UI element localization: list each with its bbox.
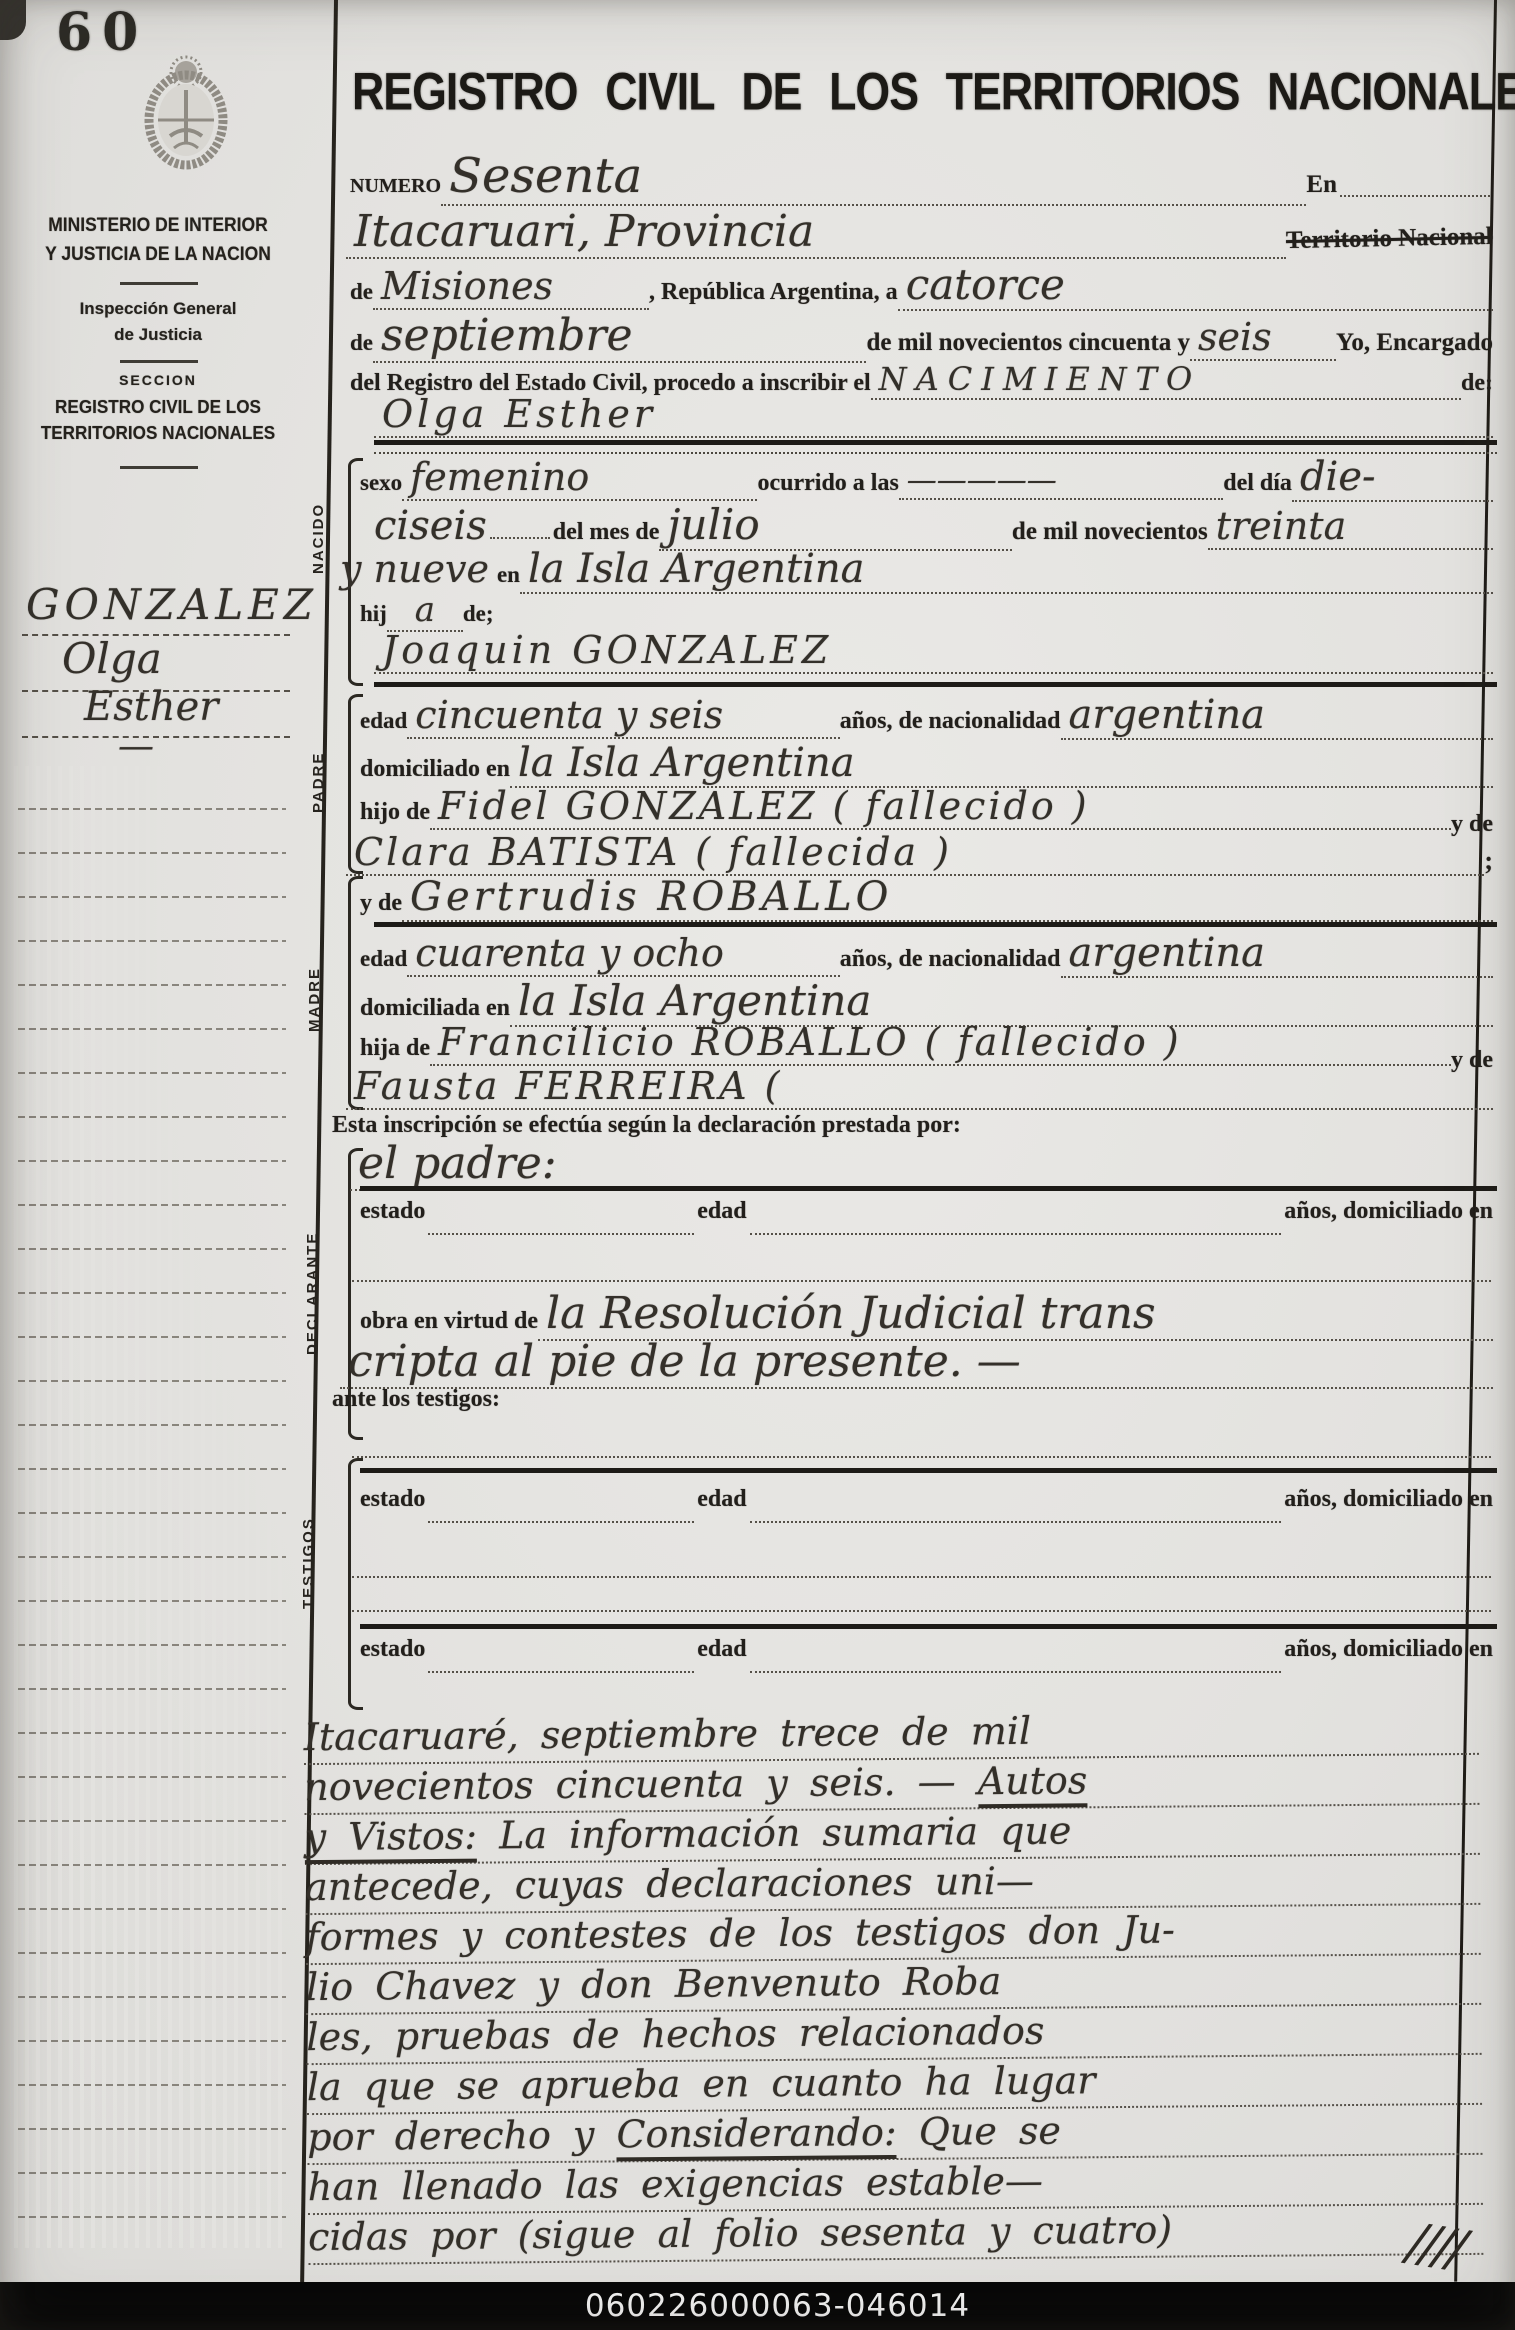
blank-dotted-line bbox=[352, 1610, 1491, 1612]
y-de-label: y de bbox=[360, 890, 402, 917]
numero-line: NUMERO Sesenta En bbox=[350, 148, 1493, 202]
nacido-section-label: NACIDO bbox=[310, 468, 327, 608]
hijo-de-label: hijo de bbox=[360, 799, 430, 826]
madre-nacionalidad-value: argentina bbox=[1069, 930, 1265, 976]
provincia-value: Misiones bbox=[381, 264, 553, 308]
form-title: REGISTRO CIVIL DE LOS TERRITORIOS NACION… bbox=[352, 60, 1515, 122]
place-line: Itacaruari, Provincia Territorio Naciona… bbox=[346, 206, 1493, 260]
hij-label: hij bbox=[360, 601, 387, 627]
dia-label: del día bbox=[1223, 470, 1292, 497]
ministry-line-2: Y JUSTICIA DE LA NACION bbox=[20, 241, 296, 270]
domicilio-label: domiciliada en bbox=[360, 995, 510, 1022]
madre-edad-value: cuarenta y ocho bbox=[415, 931, 724, 975]
padre-hijo-de-line: hijo de Fidel GONZALEZ ( fallecido ) y d… bbox=[360, 784, 1493, 826]
anio-value-b: y nueve bbox=[340, 547, 489, 591]
madre-section-label: MADRE bbox=[306, 940, 323, 1060]
obra-line: obra en virtud de la Resolución Judicial… bbox=[360, 1288, 1493, 1334]
blank-dotted-line bbox=[352, 1456, 1491, 1458]
domiciliado-label: años, domiciliado en bbox=[1284, 1636, 1493, 1663]
anio-value-a: treinta bbox=[1216, 504, 1346, 548]
republica-label: , República Argentina, a bbox=[649, 279, 898, 306]
ocurrido-label: ocurrido a las bbox=[757, 470, 898, 497]
nombre-padre-value: Joaquin GONZALEZ bbox=[382, 628, 832, 672]
dotted-line bbox=[428, 1517, 694, 1523]
anio-label: de mil novecientos bbox=[1012, 518, 1208, 546]
nombre-padre-line: Joaquin GONZALEZ bbox=[374, 628, 1493, 670]
edad-label: edad bbox=[697, 1636, 746, 1663]
divider bbox=[120, 360, 198, 363]
mes-label: del mes de bbox=[553, 519, 660, 546]
declarante-valor-line: el padre: bbox=[350, 1138, 1493, 1180]
padre-domicilio-line: domiciliado en la Isla Argentina bbox=[360, 740, 1493, 782]
nacionalidad-label: años, de nacionalidad bbox=[840, 946, 1061, 973]
sexo-label: sexo bbox=[360, 470, 402, 496]
microfilm-code: 060226000063-046014 bbox=[585, 2288, 970, 2324]
index-given-name-1: Olga bbox=[62, 634, 162, 683]
en-label: En bbox=[1306, 171, 1337, 199]
obra-value-2: cripta al pie de la presente. — bbox=[348, 1336, 1021, 1387]
testigo-1-estado-line: estado edad años, domiciliado en bbox=[360, 1486, 1493, 1528]
ante-testigos-label: ante los testigos: bbox=[332, 1386, 500, 1413]
section-rule bbox=[374, 682, 1497, 687]
domiciliado-label: años, domiciliado en bbox=[1284, 1198, 1493, 1225]
province-date-line: de Misiones , República Argentina, a cat… bbox=[350, 260, 1493, 310]
yo-encargado-label: Yo, Encargado bbox=[1336, 329, 1493, 357]
index-given-name-2: Esther bbox=[84, 684, 218, 730]
domiciliado-label: años, domiciliado en bbox=[1284, 1486, 1493, 1513]
microfilm-code-bar: 060226000063-046014 bbox=[0, 2282, 1515, 2330]
page-number: 60 bbox=[56, 2, 148, 63]
declarante-estado-line: estado edad años, domiciliado en bbox=[360, 1198, 1493, 1240]
dia-value-b: ciseis bbox=[374, 503, 487, 549]
nacionalidad-label: años, de nacionalidad bbox=[840, 708, 1061, 735]
place-value: Itacaruari, Provincia bbox=[354, 206, 814, 257]
domicilio-label: domiciliado en bbox=[360, 756, 510, 783]
edad-label: edad bbox=[697, 1486, 746, 1513]
argentina-coat-of-arms-icon bbox=[140, 52, 232, 170]
sidebar-ruled-lines bbox=[14, 766, 286, 2248]
edad-label: edad bbox=[697, 1198, 746, 1225]
padre-edad-value: cincuenta y seis bbox=[415, 693, 723, 737]
seccion-line-1: REGISTRO CIVIL DE LOS bbox=[12, 394, 305, 420]
section-rule bbox=[360, 1186, 1497, 1191]
dotted-line bbox=[490, 533, 550, 539]
obra-value-1: la Resolución Judicial trans bbox=[546, 1288, 1156, 1339]
section-rule bbox=[374, 440, 1497, 445]
mes-value: septiembre bbox=[381, 310, 633, 361]
ministry-line-1: MINISTERIO DE INTERIOR bbox=[20, 212, 296, 241]
anio-label: de mil novecientos cincuenta y bbox=[866, 329, 1190, 357]
dotted-line bbox=[428, 1667, 694, 1673]
testigo-2-estado-line: estado edad años, domiciliado en bbox=[360, 1636, 1493, 1678]
numero-label: NUMERO bbox=[350, 175, 441, 198]
inscripto-value: Olga Esther bbox=[382, 392, 656, 436]
estado-label: estado bbox=[360, 1636, 425, 1663]
de-label: de bbox=[350, 279, 373, 305]
divider bbox=[120, 466, 198, 469]
declarante-value: el padre: bbox=[358, 1138, 557, 1189]
fill-slash-marks: //// bbox=[1404, 2212, 1467, 2280]
testigos-section-label: TESTIGOS bbox=[300, 1498, 317, 1628]
section-rule bbox=[360, 1624, 1497, 1629]
padre-nacionalidad-value: argentina bbox=[1069, 692, 1265, 738]
anio-value: seis bbox=[1198, 315, 1272, 359]
estado-label: estado bbox=[360, 1198, 425, 1225]
dotted-line bbox=[750, 1667, 1282, 1673]
dia-value: catorce bbox=[906, 260, 1065, 309]
de-label: de bbox=[350, 330, 373, 356]
blank-dotted-line bbox=[352, 1280, 1491, 1282]
scan-corner-artifact bbox=[0, 0, 26, 40]
registro-civil-form-scan: 60 MINISTERIO DE INTERIOR Y JUSTICIA DE … bbox=[0, 0, 1515, 2330]
hij-value: a bbox=[415, 590, 435, 630]
declaracion-intro-label: Esta inscripción se efectúa según la dec… bbox=[332, 1112, 961, 1139]
divider bbox=[120, 282, 198, 285]
index-surname: GONZALEZ bbox=[26, 580, 318, 629]
dotted-line bbox=[750, 1517, 1282, 1523]
inscripto-line: Olga Esther bbox=[374, 392, 1493, 434]
lugar-value: la Isla Argentina bbox=[528, 546, 865, 592]
madre-nombre-line: y de Gertrudis ROBALLO bbox=[360, 874, 1493, 916]
section-rule bbox=[374, 922, 1497, 927]
hijo-hija-line: hij a de; bbox=[360, 590, 815, 628]
month-year-line: de septiembre de mil novecientos cincuen… bbox=[350, 310, 1493, 360]
mes-line: ciseis del mes de julio de mil novecient… bbox=[374, 500, 1493, 544]
abuelo-materno-value: Francilicio ROBALLO ( fallecido ) bbox=[438, 1020, 1182, 1064]
dotted-line bbox=[750, 1229, 1282, 1235]
madre-abuela-line: Fausta FERREIRA ( bbox=[346, 1064, 1493, 1106]
index-dash: — bbox=[118, 726, 154, 767]
hora-value: ————— bbox=[907, 463, 1057, 498]
abuela-paterna-value: Clara BATISTA ( fallecida ) bbox=[354, 830, 952, 874]
section-rule bbox=[360, 1468, 1497, 1473]
abuelo-paterno-value: Fidel GONZALEZ ( fallecido ) bbox=[438, 784, 1090, 828]
padre-abuela-line: Clara BATISTA ( fallecida ) ; bbox=[346, 830, 1493, 872]
declarante-section-label: DECLARANTE bbox=[304, 1208, 321, 1378]
madre-nombre-value: Gertrudis ROBALLO bbox=[410, 874, 892, 920]
madre-domicilio-line: domiciliada en la Isla Argentina bbox=[360, 976, 1493, 1020]
lugar-line: y nueve en la Isla Argentina bbox=[340, 546, 1493, 588]
hija-de-label: hija de bbox=[360, 1035, 430, 1062]
edad-label: edad bbox=[360, 946, 407, 972]
judicial-text-line: cidas por (sigue al folio sesenta y cuat… bbox=[308, 2205, 1483, 2265]
abuela-materna-value: Fausta FERREIRA ( bbox=[354, 1064, 782, 1108]
dotted-line bbox=[428, 1229, 694, 1235]
obra-label: obra en virtud de bbox=[360, 1308, 538, 1335]
semicolon-label: ; bbox=[1484, 846, 1493, 876]
index-line bbox=[22, 736, 290, 738]
seccion-label: SECCION bbox=[8, 372, 308, 388]
blank-dotted-line bbox=[352, 1576, 1491, 1578]
obra-line-2: cripta al pie de la presente. — bbox=[340, 1336, 1493, 1382]
madre-hija-de-line: hija de Francilicio ROBALLO ( fallecido … bbox=[360, 1020, 1493, 1064]
numero-value: Sesenta bbox=[449, 148, 642, 204]
sexo-value: femenino bbox=[410, 455, 589, 499]
territorio-nacional-label: Territorio Nacional bbox=[1286, 223, 1493, 255]
en-label: en bbox=[497, 562, 520, 588]
estado-label: estado bbox=[360, 1486, 425, 1513]
seccion-line-2: TERRITORIOS NACIONALES bbox=[12, 420, 305, 446]
madre-domicilio-value: la Isla Argentina bbox=[518, 976, 871, 1025]
edad-label: edad bbox=[360, 708, 407, 734]
dia-value-a: die- bbox=[1300, 454, 1376, 500]
inspeccion-line-1: Inspección General bbox=[8, 296, 308, 322]
padre-section-label: PADRE bbox=[310, 722, 327, 842]
padre-edad-line: edad cincuenta y seis años, de nacionali… bbox=[360, 692, 1493, 738]
madre-edad-line: edad cuarenta y ocho años, de nacionalid… bbox=[360, 930, 1493, 976]
inspeccion-line-2: de Justicia bbox=[8, 322, 308, 348]
dotted-line bbox=[1340, 191, 1490, 197]
mes-value: julio bbox=[667, 500, 759, 549]
de-label: de; bbox=[463, 601, 494, 627]
sexo-line: sexo femenino ocurrido a las ————— del d… bbox=[360, 454, 1493, 498]
padre-domicilio-value: la Isla Argentina bbox=[518, 740, 855, 786]
judicial-resolution-text: Itacaruaré, septiembre trece de milnovec… bbox=[304, 1705, 1484, 2265]
